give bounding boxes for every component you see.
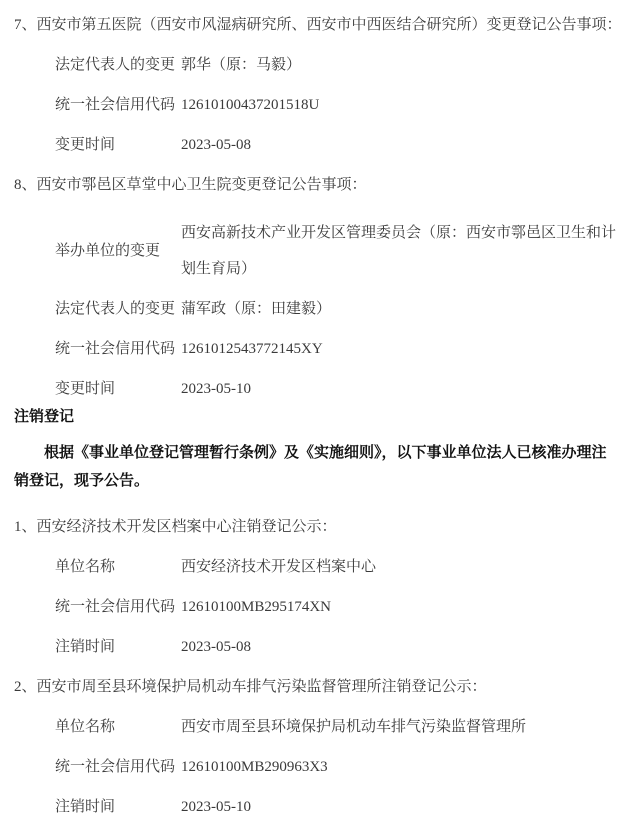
field-label: 统一社会信用代码 [55,597,175,617]
field-value: 2023-05-08 [175,135,617,155]
field-label: 统一社会信用代码 [55,95,175,115]
field-value: 1261012543772145XY [175,339,617,359]
field-row: 单位名称 西安经济技术开发区档案中心 [55,557,617,577]
field-label: 变更时间 [55,379,175,399]
field-row: 变更时间 2023-05-08 [55,135,617,155]
cancellation-item-1-heading: 1、西安经济技术开发区档案中心注销登记公示： [14,517,617,537]
field-row: 统一社会信用代码 12610100437201518U [55,95,617,115]
field-label: 法定代表人的变更 [55,55,175,75]
field-value: 郭华（原：马毅） [175,55,617,75]
field-value: 12610100MB290963X3 [175,757,617,777]
field-row: 统一社会信用代码 12610100MB295174XN [55,597,617,617]
announcement-document: 7、西安市第五医院（西安市风湿病研究所、西安市中西医结合研究所）变更登记公告事项… [0,0,619,831]
field-row: 统一社会信用代码 1261012543772145XY [55,339,617,359]
field-value: 西安高新技术产业开发区管理委员会（原：西安市鄠邑区卫生和计划生育局） [175,215,617,287]
cancellation-intro-paragraph: 根据《事业单位登记管理暂行条例》及《实施细则》，以下事业单位法人已核准办理注销登… [14,439,617,495]
field-row: 法定代表人的变更 郭华（原：马毅） [55,55,617,75]
field-label: 举办单位的变更 [55,241,175,261]
field-label: 变更时间 [55,135,175,155]
field-row: 统一社会信用代码 12610100MB290963X3 [55,757,617,777]
field-row: 注销时间 2023-05-08 [55,637,617,657]
field-label: 统一社会信用代码 [55,339,175,359]
cancellation-section-heading: 注销登记 [14,407,617,427]
change-item-7-heading: 7、西安市第五医院（西安市风湿病研究所、西安市中西医结合研究所）变更登记公告事项… [14,15,617,35]
field-label: 单位名称 [55,717,175,737]
field-value: 西安市周至县环境保护局机动车排气污染监督管理所 [175,717,617,737]
field-label: 注销时间 [55,637,175,657]
field-label: 统一社会信用代码 [55,757,175,777]
field-label: 法定代表人的变更 [55,299,175,319]
field-row: 注销时间 2023-05-10 [55,797,617,817]
field-value: 西安经济技术开发区档案中心 [175,557,617,577]
field-value: 2023-05-10 [175,379,617,399]
field-row: 法定代表人的变更 蒲军政（原：田建毅） [55,299,617,319]
field-row: 变更时间 2023-05-10 [55,379,617,399]
field-value: 2023-05-10 [175,797,617,817]
field-row: 单位名称 西安市周至县环境保护局机动车排气污染监督管理所 [55,717,617,737]
field-value: 2023-05-08 [175,637,617,657]
field-label: 单位名称 [55,557,175,577]
field-value: 蒲军政（原：田建毅） [175,299,617,319]
change-item-8-heading: 8、西安市鄠邑区草堂中心卫生院变更登记公告事项： [14,175,617,195]
field-label: 注销时间 [55,797,175,817]
field-value: 12610100437201518U [175,95,617,115]
cancellation-item-2-heading: 2、西安市周至县环境保护局机动车排气污染监督管理所注销登记公示： [14,677,617,697]
field-value: 12610100MB295174XN [175,597,617,617]
field-row: 举办单位的变更 西安高新技术产业开发区管理委员会（原：西安市鄠邑区卫生和计划生育… [55,215,617,287]
